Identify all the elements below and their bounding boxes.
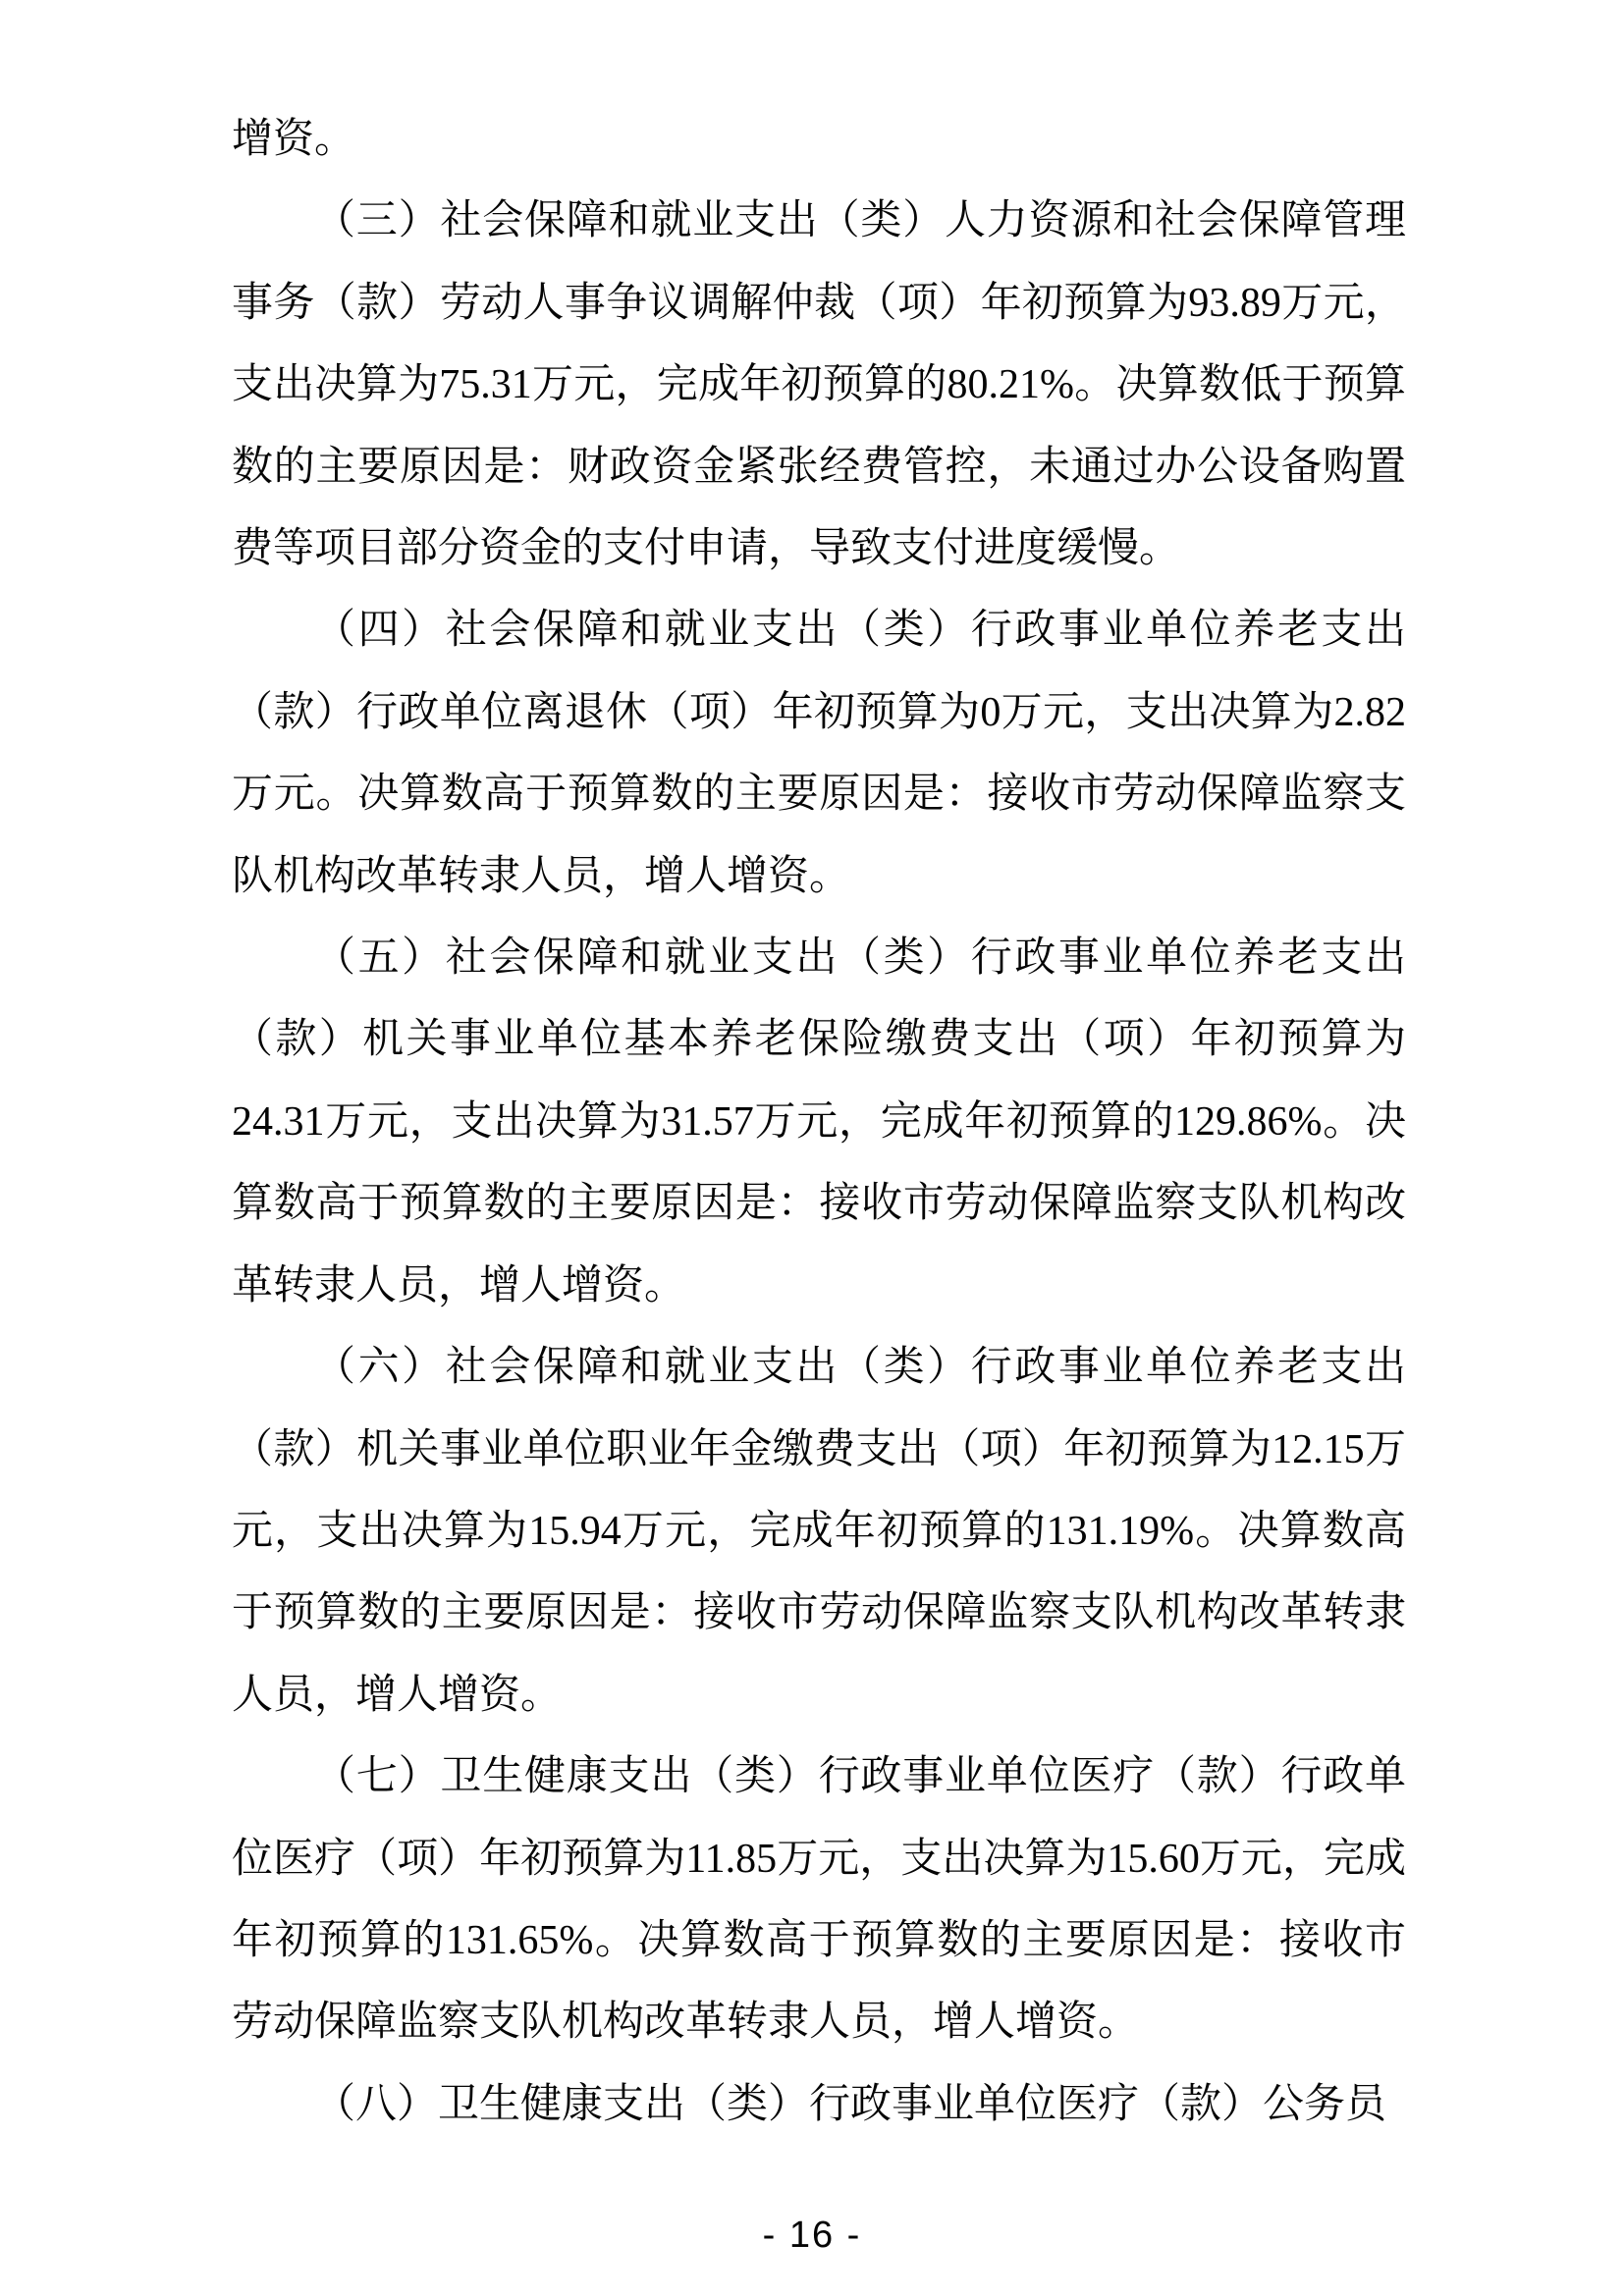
document-page: 增资。 （三）社会保障和就业支出（类）人力资源和社会保障管理事务（款）劳动人事争… — [0, 0, 1624, 2296]
paragraph-item-7: （七）卫生健康支出（类）行政事业单位医疗（款）行政单位医疗（项）年初预算为11.… — [232, 1736, 1406, 2064]
paragraph-item-3: （三）社会保障和就业支出（类）人力资源和社会保障管理事务（款）劳动人事争议调解仲… — [232, 181, 1406, 590]
page-number: - 16 - — [0, 2215, 1624, 2257]
document-body: 增资。 （三）社会保障和就业支出（类）人力资源和社会保障管理事务（款）劳动人事争… — [232, 99, 1406, 2146]
paragraph-item-6: （六）社会保障和就业支出（类）行政事业单位养老支出（款）机关事业单位职业年金缴费… — [232, 1327, 1406, 1736]
paragraph-item-8: （八）卫生健康支出（类）行政事业单位医疗（款）公务员 — [232, 2064, 1406, 2146]
paragraph-item-5: （五）社会保障和就业支出（类）行政事业单位养老支出（款）机关事业单位基本养老保险… — [232, 918, 1406, 1327]
paragraph-continuation: 增资。 — [232, 99, 1406, 181]
paragraph-item-4: （四）社会保障和就业支出（类）行政事业单位养老支出（款）行政单位离退休（项）年初… — [232, 590, 1406, 918]
